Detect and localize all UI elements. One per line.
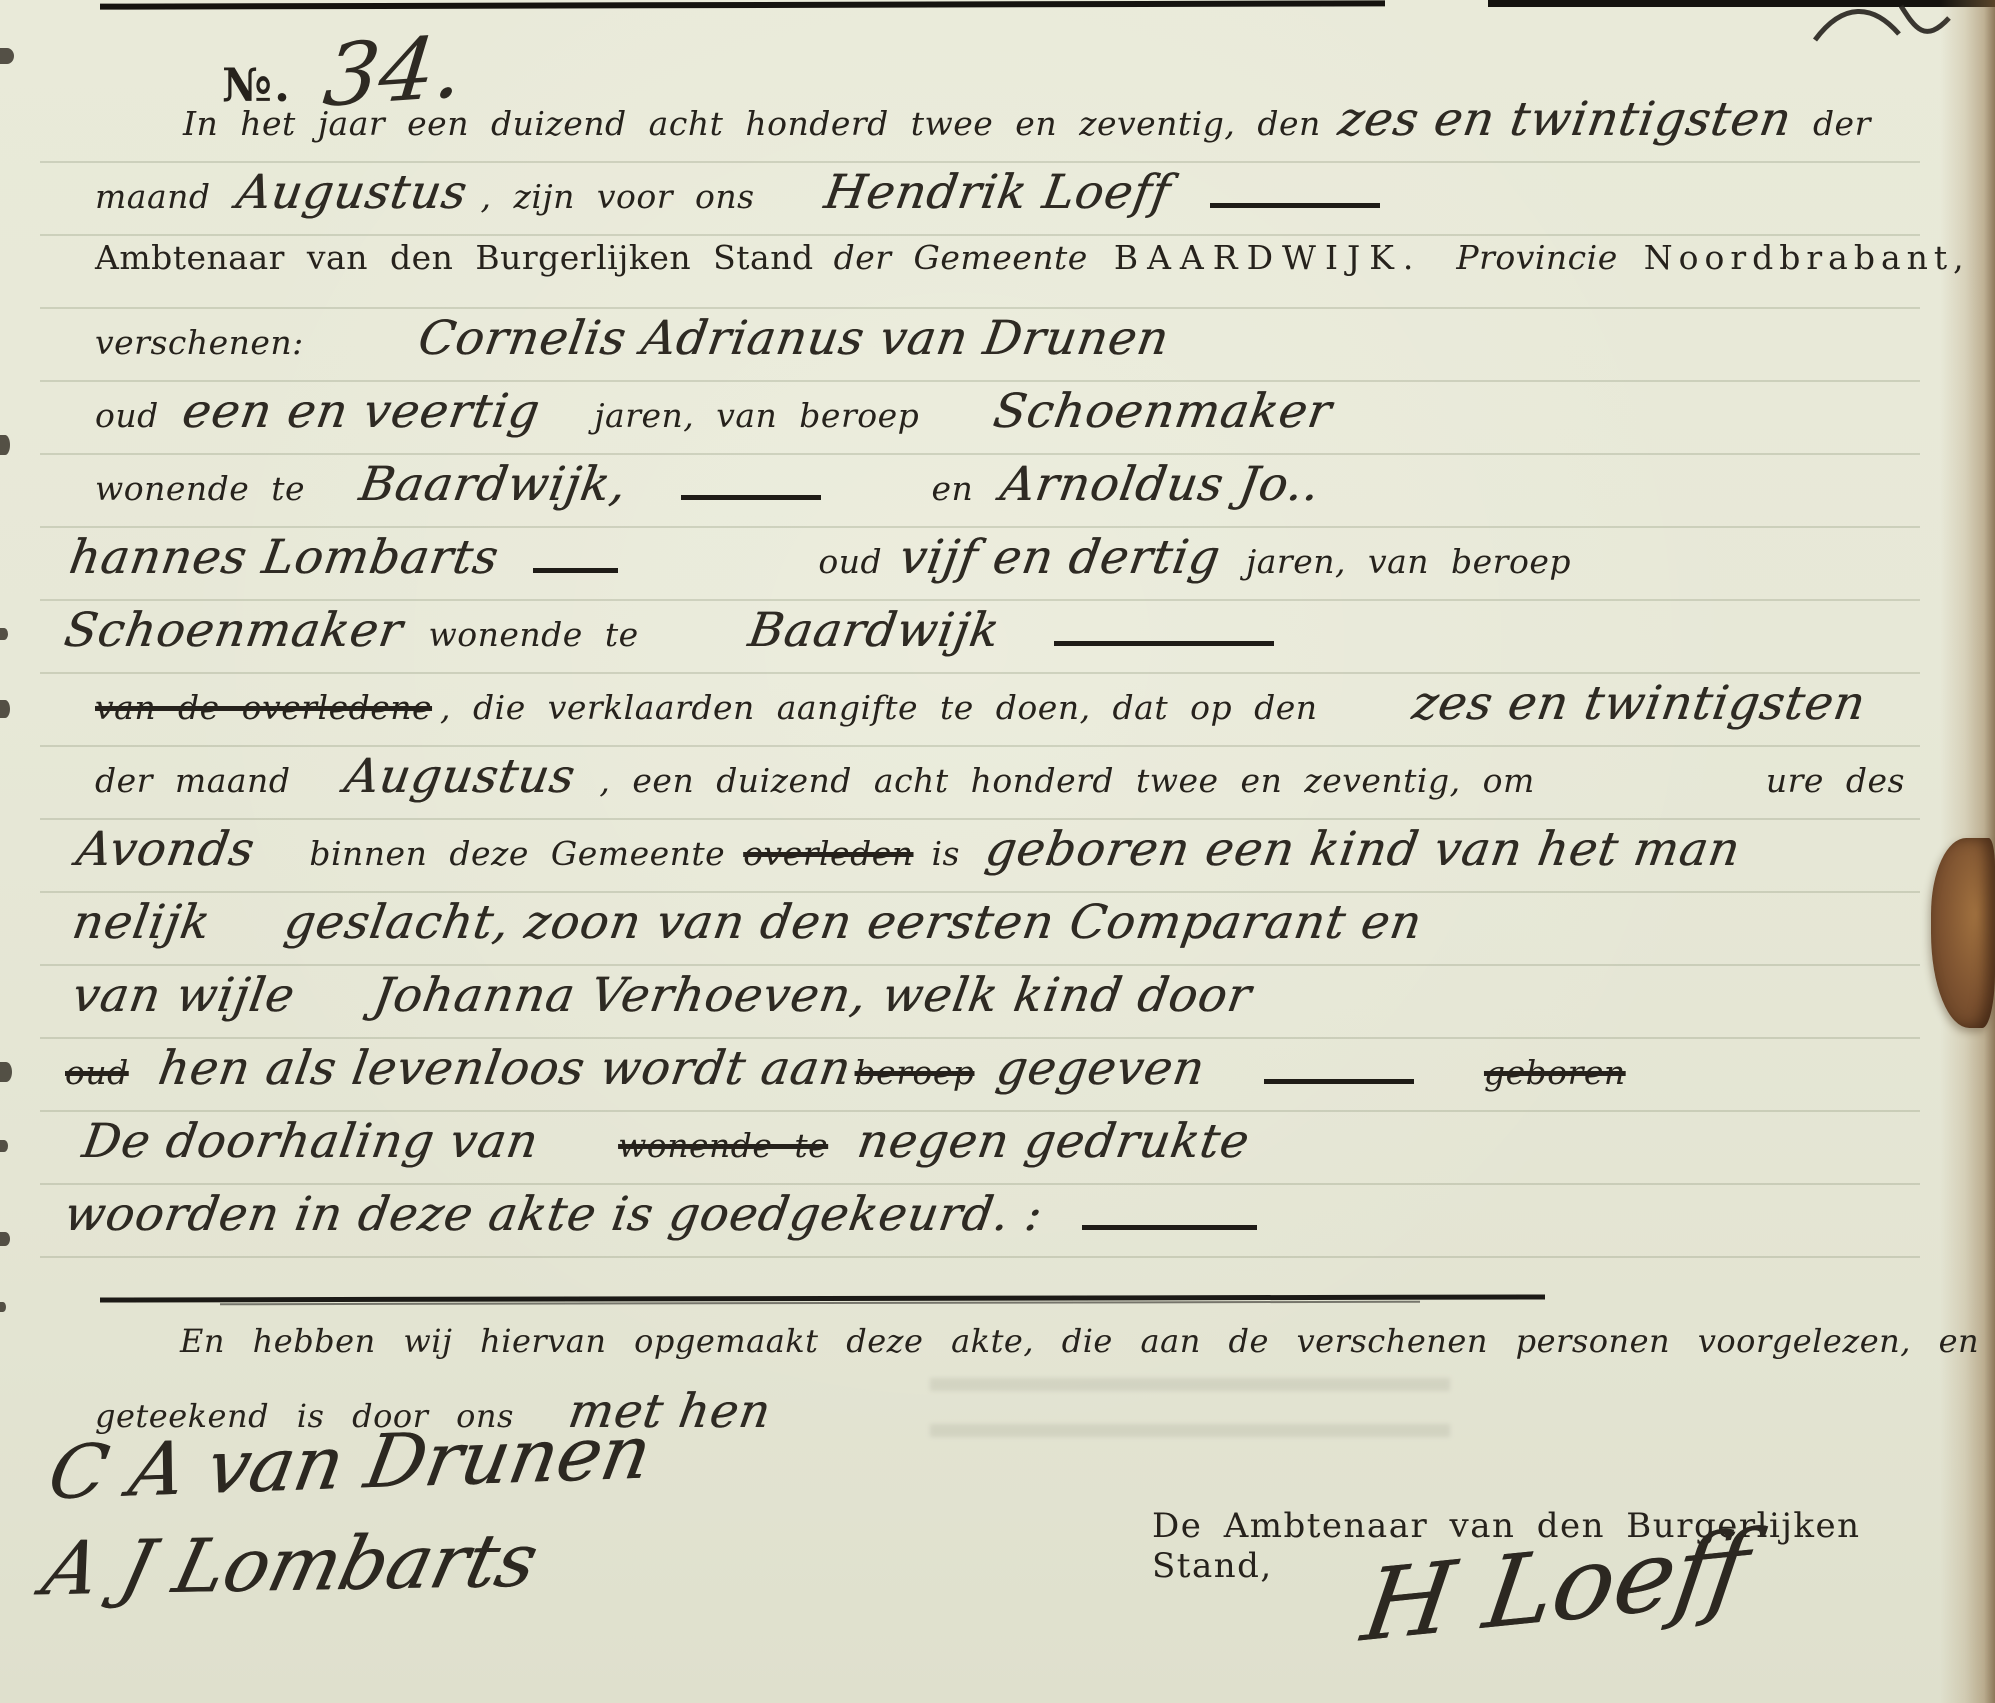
printed-text: binnen deze Gemeente <box>309 834 725 873</box>
blank-space <box>1535 791 1766 792</box>
act-line: hannes Lombartsoudvijf en dertigjaren, v… <box>70 530 1905 603</box>
act-line: oudhen als levenloos wordt aanberoepgege… <box>65 1041 1905 1114</box>
printed-text: ure des <box>1766 761 1905 800</box>
printed-text: En hebben wij hiervan opgemaakt deze akt… <box>180 1322 1979 1360</box>
signature-comparant-2: A J Lombarts <box>35 1518 546 1613</box>
printed-text: wonende te <box>429 615 639 654</box>
handwritten-entry: Schoenmaker <box>990 384 1336 439</box>
printed-text: Noordbrabant, <box>1644 238 1970 277</box>
printed-text: der <box>1813 104 1871 143</box>
act-line: woorden in deze akte is goedgekeurd. : <box>65 1187 1905 1260</box>
struck-printed-text: overleden <box>743 834 913 873</box>
ink-dash <box>1054 631 1274 646</box>
page-edge-mark <box>0 48 14 64</box>
handwritten-entry: nelijk <box>69 895 215 950</box>
handwritten-entry: zes en twintigsten <box>1408 676 1869 731</box>
printed-text: der maand <box>95 761 290 800</box>
corner-handwriting-fragment <box>1807 0 1957 54</box>
ink-dash <box>681 485 821 500</box>
struck-printed-text: van de overledene <box>95 688 432 727</box>
page-edge-mark <box>0 435 10 455</box>
page-edge-mark <box>0 628 8 640</box>
act-line: En hebben wij hiervan opgemaakt deze akt… <box>180 1322 1905 1384</box>
printed-text: , een duizend acht honderd twee en zeven… <box>599 761 1534 800</box>
handwritten-entry: Schoenmaker <box>61 603 407 658</box>
handwritten-entry: gegeven <box>992 1041 1208 1096</box>
handwritten-entry: een en veertig <box>178 384 543 439</box>
ink-dash <box>533 558 618 573</box>
printed-text: oud <box>95 396 159 435</box>
handwritten-entry: Baardwijk <box>744 603 1003 658</box>
handwritten-entry: woorden in deze akte is goedgekeurd. : <box>61 1187 1047 1242</box>
handwritten-entry: Augustus <box>232 165 471 220</box>
struck-printed-text: oud <box>65 1053 129 1092</box>
act-line: maandAugustus, zijn voor onsHendrik Loef… <box>95 165 1905 238</box>
page-edge-mark <box>0 700 10 718</box>
handwritten-entry: hannes Lombarts <box>66 530 503 585</box>
handwritten-entry: Avonds <box>73 822 259 877</box>
printed-text: Ambtenaar van den Burgerlijken Stand <box>95 238 814 277</box>
act-line: van de overledene, die verklaarden aangi… <box>95 676 1905 749</box>
page-edge-mark <box>0 1232 10 1246</box>
handwritten-entry: zes en twintigsten <box>1334 92 1795 147</box>
handwritten-entry: Augustus <box>341 749 580 804</box>
page-edge-mark <box>0 1302 6 1312</box>
top-edge-rule-left <box>100 0 1385 9</box>
struck-printed-text: wonende te <box>618 1126 828 1165</box>
printed-text: verschenen: <box>95 323 304 362</box>
ink-dash <box>1210 193 1380 208</box>
handwritten-entry: negen gedrukte <box>854 1114 1254 1169</box>
act-line: der maandAugustus, een duizend acht hond… <box>95 749 1905 822</box>
handwritten-entry: geslacht, zoon van den eersten Comparant… <box>281 895 1426 950</box>
printed-text: is <box>932 834 961 873</box>
act-line: verschenen:Cornelis Adrianus van Drunen <box>95 311 1905 384</box>
handwritten-entry: Baardwijk, <box>356 457 631 512</box>
handwritten-entry: Johanna Verhoeven, welk kind door <box>370 968 1256 1023</box>
act-line: Avondsbinnen deze Gemeenteoverledenisgeb… <box>77 822 1905 895</box>
printed-text: en <box>931 469 973 508</box>
handwritten-entry: Arnoldus Jo.. <box>997 457 1324 512</box>
handwritten-entry: Cornelis Adrianus van Drunen <box>414 311 1172 366</box>
printed-text: oud <box>818 542 882 581</box>
printed-text: In het jaar een duizend acht honderd twe… <box>183 104 1321 143</box>
page-edge-mark <box>0 1140 8 1152</box>
act-line: van wijleJohanna Verhoeven, welk kind do… <box>73 968 1905 1041</box>
printed-text: BAARDWIJK. <box>1114 238 1423 277</box>
handwritten-entry: vijf en dertig <box>896 530 1225 585</box>
printed-text: der Gemeente <box>834 238 1088 277</box>
printed-text: , die verklaarden aangifte te doen, dat … <box>440 688 1317 727</box>
printed-text: wonende te <box>95 469 305 508</box>
page-edge-mark <box>0 1062 12 1082</box>
printed-text: maand <box>95 177 211 216</box>
handwritten-entry: geboren een kind van het man <box>982 822 1745 877</box>
handwritten-entry: De doorhaling van <box>79 1114 543 1169</box>
civil-registry-act-page: №. 34. In het jaar een duizend acht hond… <box>0 0 1995 1703</box>
printed-text: jaren, van beroep <box>1246 542 1571 581</box>
separator-rule <box>100 1294 1545 1302</box>
act-line: De doorhaling vanwonende tenegen gedrukt… <box>83 1114 1905 1187</box>
act-body: In het jaar een duizend acht honderd twe… <box>95 92 1905 1260</box>
act-line: In het jaar een duizend acht honderd twe… <box>183 92 1905 165</box>
printed-text: jaren, van beroep <box>594 396 919 435</box>
ink-dash <box>1082 1215 1257 1230</box>
handwritten-entry: van wijle <box>69 968 299 1023</box>
handwritten-entry: hen als levenloos wordt aan <box>154 1041 855 1096</box>
handwritten-entry: Hendrik Loeff <box>820 165 1174 220</box>
act-line: wonende teBaardwijk,enArnoldus Jo.. <box>95 457 1905 530</box>
act-line: Schoenmakerwonende teBaardwijk <box>65 603 1905 676</box>
act-line: Ambtenaar van den Burgerlijken Standder … <box>95 238 1905 311</box>
printed-text: Provincie <box>1456 238 1617 277</box>
act-line: nelijkgeslacht, zoon van den eersten Com… <box>73 895 1905 968</box>
ink-dash <box>1264 1069 1414 1084</box>
struck-printed-text: beroep <box>855 1053 975 1092</box>
printed-text: , zijn voor ons <box>481 177 755 216</box>
act-line: oudeen en veertigjaren, van beroepSchoen… <box>95 384 1905 457</box>
struck-printed-text: geboren <box>1484 1053 1626 1092</box>
